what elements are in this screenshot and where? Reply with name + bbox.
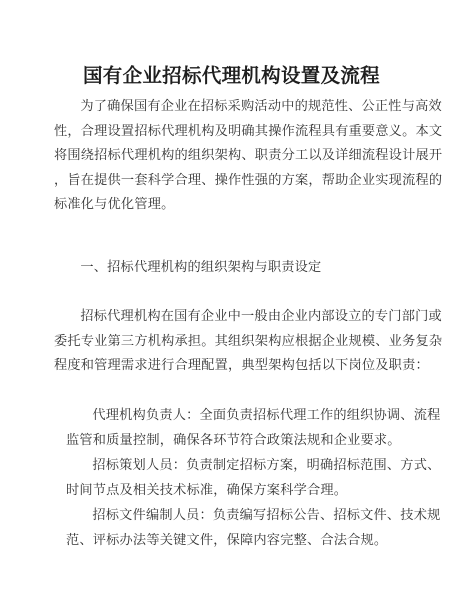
section-heading: 一、招标代理机构的组织架构与职责设定 [54,256,406,275]
text-line: 时间节点及相关技术标准，确保方案科学合理。 [66,479,406,504]
text-line: 招标文件编制人员：负责编写招标公告、招标文件、技术规 [66,504,406,529]
role-paragraph-document-writer: 招标文件编制人员：负责编写招标公告、招标文件、技术规 范、评标办法等关键文件，保… [66,504,406,553]
document-title: 国有企业招标代理机构设置及流程 [0,60,463,88]
text-line: 为了确保国有企业在招标采购活动中的规范性、公正性与高效 [54,95,406,120]
text-line: 招标策划人员：负责制定招标方案，明确招标范围、方式、 [66,454,406,479]
text-line: 将围绕招标代理机构的组织架构、职责分工以及详细流程设计展开 [54,144,406,169]
text-line: 范、评标办法等关键文件，保障内容完整、合法合规。 [66,529,406,554]
text-line: 招标代理机构在国有企业中一般由企业内部设立的专门部门或 [54,305,406,330]
text-line: ，旨在提供一套科学合理、操作性强的方案，帮助企业实现流程的 [54,169,406,194]
intro-paragraph: 为了确保国有企业在招标采购活动中的规范性、公正性与高效 性，合理设置招标代理机构… [54,95,406,218]
document-page: 国有企业招标代理机构设置及流程 为了确保国有企业在招标采购活动中的规范性、公正性… [0,0,463,600]
section-paragraph: 招标代理机构在国有企业中一般由企业内部设立的专门部门或 委托专业第三方机构承担。… [54,305,406,379]
text-line: 程度和管理需求进行合理配置，典型架构包括以下岗位及职责： [54,354,406,379]
role-paragraph-leader: 代理机构负责人：全面负责招标代理工作的组织协调、流程 监管和质量控制，确保各环节… [66,404,406,453]
text-line: 标准化与优化管理。 [54,193,406,218]
text-line: 代理机构负责人：全面负责招标代理工作的组织协调、流程 [66,404,406,429]
role-paragraph-planner: 招标策划人员：负责制定招标方案，明确招标范围、方式、 时间节点及相关技术标准，确… [66,454,406,503]
text-line: 监管和质量控制，确保各环节符合政策法规和企业要求。 [66,429,406,454]
text-line: 委托专业第三方机构承担。其组织架构应根据企业规模、业务复杂 [54,330,406,355]
text-line: 性，合理设置招标代理机构及明确其操作流程具有重要意义。本文 [54,120,406,145]
